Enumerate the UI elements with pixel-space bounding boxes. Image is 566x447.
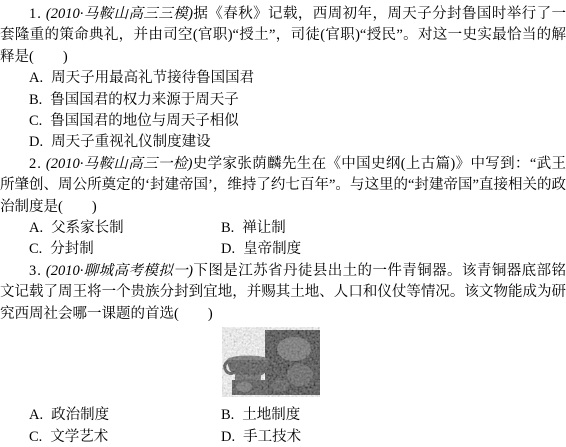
question-3-option-b: B.土地制度 [221, 405, 300, 426]
option-text: 父系家长制 [51, 220, 124, 236]
option-label: D. [29, 134, 43, 150]
question-3-options-row-2: C.文学艺术 D.手工技术 [0, 427, 566, 447]
exam-document-page: 1.(2010·马鞍山高三三模)据《春秋》记载，西周初年，周天子分封鲁国时举行了… [0, 0, 566, 447]
question-3: 3.(2010·聊城高考模拟一)下图是江苏省丹徒县出土的一件青铜器。该青铜器底部… [0, 261, 566, 447]
option-text: 禅让制 [242, 220, 286, 236]
option-text: 鲁国国君的地位与周天子相似 [50, 113, 239, 129]
option-label: A. [29, 407, 43, 423]
question-1-option-d: D.周天子重视礼仪制度建设 [0, 132, 566, 153]
question-1-number: 1. [29, 6, 42, 22]
question-1-stem: 1.(2010·马鞍山高三三模)据《春秋》记载，西周初年，周天子分封鲁国时举行了… [0, 4, 566, 68]
question-2-option-d: D.皇帝制度 [221, 239, 301, 260]
option-text: 鲁国国君的权力来源于周天子 [50, 92, 239, 108]
option-label: C. [29, 241, 42, 257]
question-2-number: 2. [29, 156, 42, 172]
question-1-option-c: C.鲁国国君的地位与周天子相似 [0, 111, 566, 132]
option-label: D. [221, 241, 235, 257]
option-text: 手工技术 [243, 429, 301, 445]
option-text: 土地制度 [242, 407, 300, 423]
option-label: D. [221, 429, 235, 445]
question-1-option-a: A.周天子用最高礼节接待鲁国国君 [0, 68, 566, 89]
option-label: B. [29, 92, 42, 108]
question-2-option-a: A.父系家长制 [29, 218, 221, 239]
option-label: C. [29, 113, 42, 129]
question-3-option-d: D.手工技术 [221, 427, 301, 447]
question-3-source: (2010·聊城高考模拟一) [46, 263, 193, 279]
bronze-vessel-image [222, 327, 320, 397]
question-3-stem: 3.(2010·聊城高考模拟一)下图是江苏省丹徒县出土的一件青铜器。该青铜器底部… [0, 261, 566, 325]
option-text: 周天子重视礼仪制度建设 [51, 134, 211, 150]
option-text: 文学艺术 [50, 429, 108, 445]
question-1: 1.(2010·马鞍山高三三模)据《春秋》记载，西周初年，周天子分封鲁国时举行了… [0, 4, 566, 154]
question-2-options-row-1: A.父系家长制 B.禅让制 [0, 218, 566, 239]
question-2-option-b: B.禅让制 [221, 218, 286, 239]
question-3-options-row-1: A.政治制度 B.土地制度 [0, 405, 566, 426]
question-2-stem: 2.(2010·马鞍山高三一检)史学家张荫麟先生在《中国史纲(上古篇)》中写到：… [0, 154, 566, 218]
option-label: A. [29, 220, 43, 236]
question-2: 2.(2010·马鞍山高三一检)史学家张荫麟先生在《中国史纲(上古篇)》中写到：… [0, 154, 566, 261]
question-3-option-c: C.文学艺术 [29, 427, 221, 447]
question-1-source: (2010·马鞍山高三三模) [46, 6, 193, 22]
option-label: B. [221, 220, 234, 236]
option-text: 分封制 [50, 241, 94, 257]
question-2-source: (2010·马鞍山高三一检) [46, 156, 193, 172]
option-label: A. [29, 70, 43, 86]
option-text: 周天子用最高礼节接待鲁国国君 [51, 70, 254, 86]
option-text: 政治制度 [51, 407, 109, 423]
question-2-options-row-2: C.分封制 D.皇帝制度 [0, 239, 566, 260]
question-3-number: 3. [29, 263, 42, 279]
option-label: C. [29, 429, 42, 445]
question-2-option-c: C.分封制 [29, 239, 221, 260]
question-1-option-b: B.鲁国国君的权力来源于周天子 [0, 90, 566, 111]
option-label: B. [221, 407, 234, 423]
question-3-option-a: A.政治制度 [29, 405, 221, 426]
option-text: 皇帝制度 [243, 241, 301, 257]
bronze-vessel-photo-svg [222, 327, 320, 397]
